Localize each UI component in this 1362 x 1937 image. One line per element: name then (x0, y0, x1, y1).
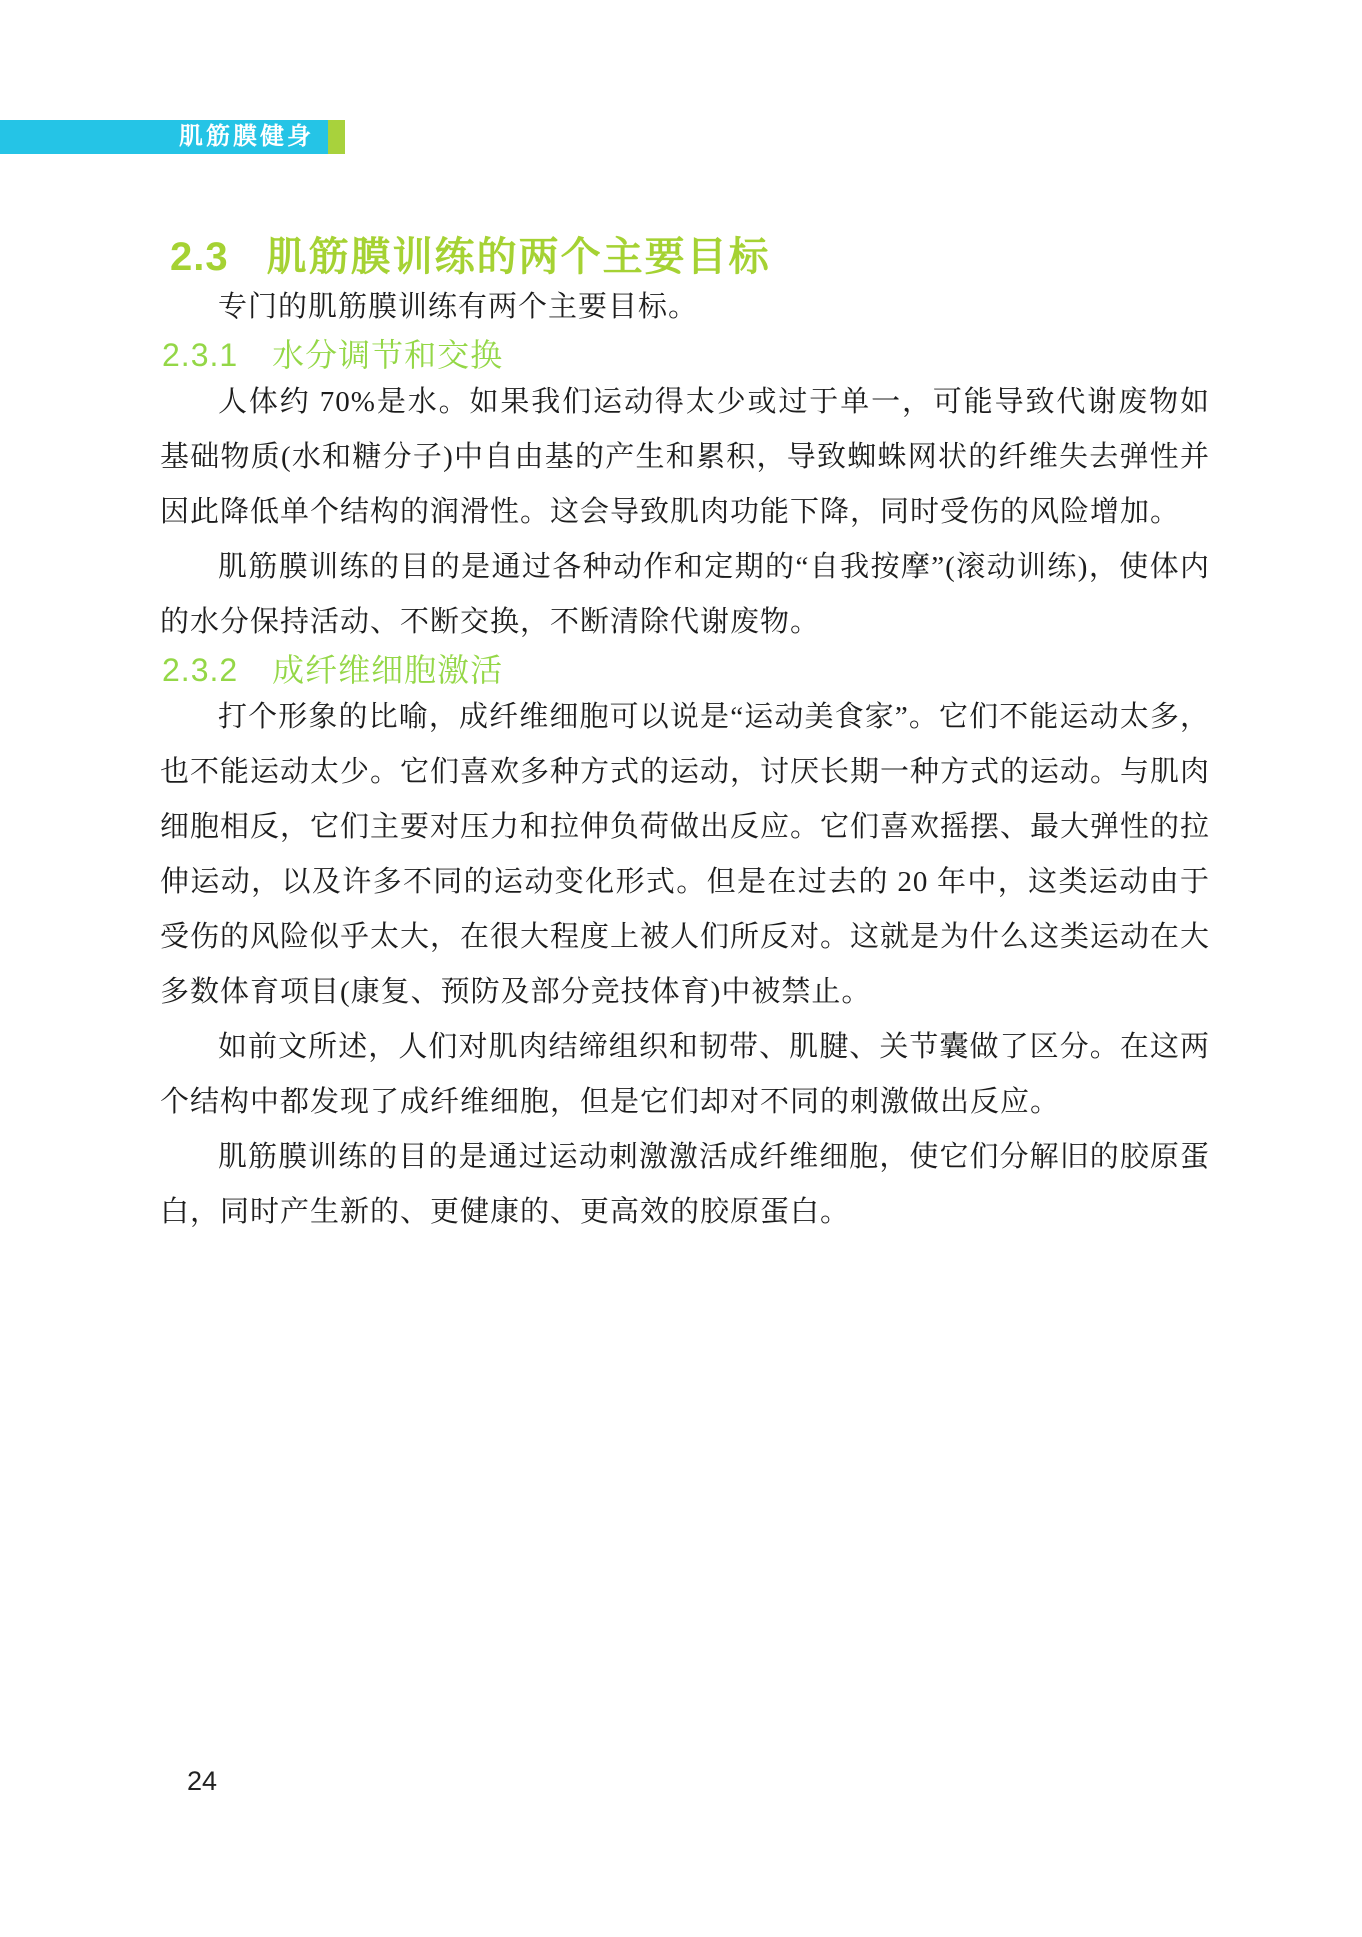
running-head-accent-block (328, 120, 345, 154)
section-number: 2.3 (170, 235, 229, 279)
subsection-title: 水分调节和交换 (272, 337, 503, 373)
page-content: 2.3肌筋膜训练的两个主要目标 专门的肌筋膜训练有两个主要目标。 2.3.1水分… (160, 0, 1210, 1240)
subsection-number: 2.3.1 (162, 337, 238, 373)
subsection-heading-fibroblast: 2.3.2成纤维细胞激活 (162, 650, 1210, 690)
section-title: 肌筋膜训练的两个主要目标 (267, 235, 771, 279)
paragraph: 打个形象的比喻，成纤维细胞可以说是“运动美食家”。它们不能运动太多，也不能运动太… (160, 690, 1210, 1020)
paragraph: 肌筋膜训练的目的是通过运动刺激激活成纤维细胞，使它们分解旧的胶原蛋白，同时产生新… (160, 1130, 1210, 1240)
subsection-heading-water: 2.3.1水分调节和交换 (162, 335, 1210, 375)
running-head-title: 肌筋膜健身 (179, 120, 314, 154)
page-number: 24 (187, 1766, 217, 1797)
paragraph: 肌筋膜训练的目的是通过各种动作和定期的“自我按摩”(滚动训练)，使体内的水分保持… (160, 540, 1210, 650)
paragraph: 人体约 70%是水。如果我们运动得太少或过于单一，可能导致代谢废物如基础物质(水… (160, 375, 1210, 540)
running-head-band: 肌筋膜健身 (0, 120, 328, 154)
subsection-number: 2.3.2 (162, 652, 238, 688)
paragraph: 如前文所述，人们对肌肉结缔组织和韧带、肌腱、关节囊做了区分。在这两个结构中都发现… (160, 1020, 1210, 1130)
subsection-title: 成纤维细胞激活 (272, 652, 503, 688)
section-heading: 2.3肌筋膜训练的两个主要目标 (170, 234, 1210, 280)
intro-paragraph: 专门的肌筋膜训练有两个主要目标。 (160, 280, 1210, 335)
